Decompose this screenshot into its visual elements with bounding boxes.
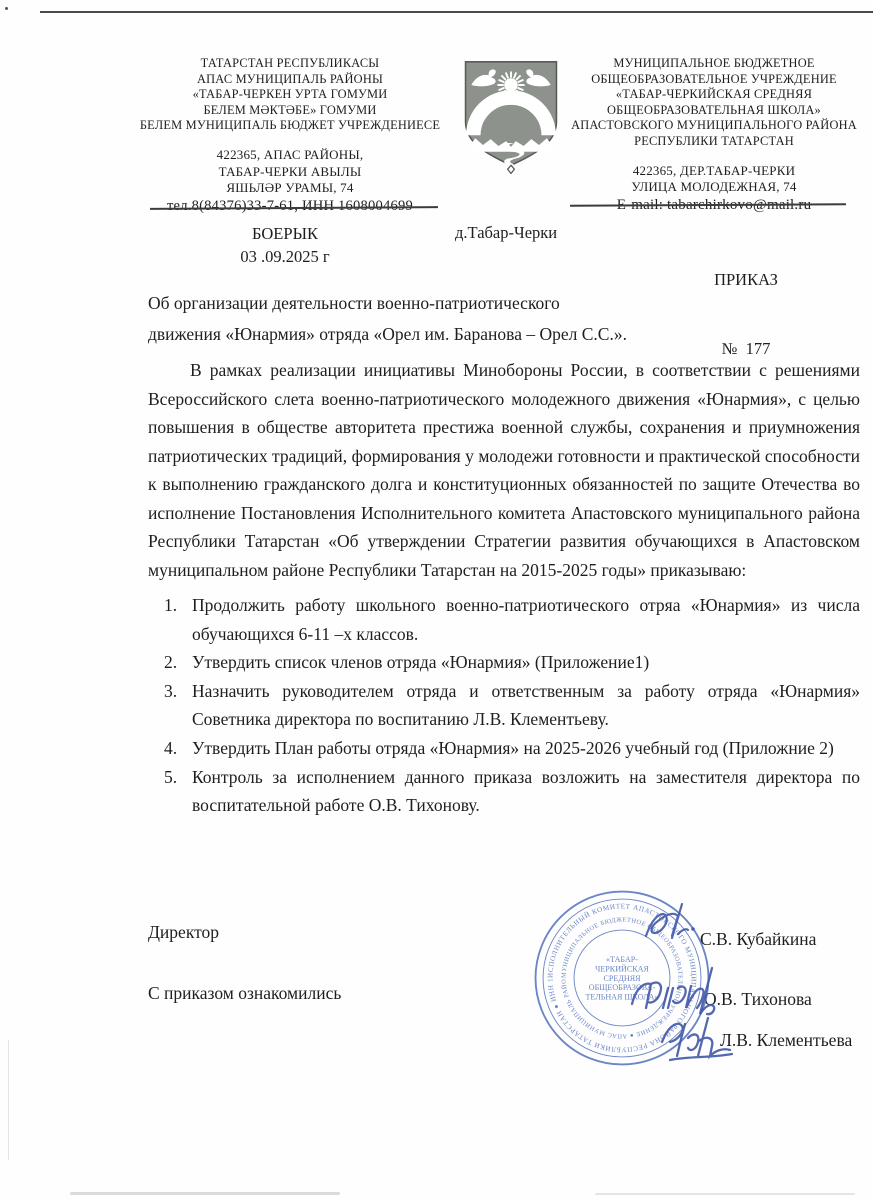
order-item: Назначить руководителем отряда и ответст…: [148, 677, 860, 734]
signature-kubaykina: [638, 900, 728, 950]
org-name-line: МУНИЦИПАЛЬНОЕ БЮДЖЕТНОЕ: [566, 56, 862, 72]
org-name-line: АПАСТОВСКОГО МУНИЦИПАЛЬНОГО РАЙОНА: [566, 118, 862, 134]
subject-line: Об организации деятельности военно-патри…: [148, 288, 768, 319]
order-item: Утвердить План работы отряда «Юнармия» н…: [148, 734, 860, 763]
org-name-line: ТАТАРСТАН РЕСПУБЛИКАСЫ: [138, 56, 442, 72]
header-russian-block: МУНИЦИПАЛЬНОЕ БЮДЖЕТНОЕ ОБЩЕОБРАЗОВАТЕЛЬ…: [566, 56, 862, 215]
acknowledged-label: С приказом ознакомились: [148, 983, 341, 1004]
org-name-line: АПАС МУНИЦИПАЛЬ РАЙОНЫ: [138, 72, 442, 88]
org-name-line: БЕЛЕМ МӘКТӘБЕ» ГОМУМИ: [138, 103, 442, 119]
subject-line: движения «Юнармия» отряда «Орел им. Бара…: [148, 319, 768, 350]
org-name-line: БЕЛЕМ МУНИЦИПАЛЬ БЮДЖЕТ УЧРЕЖДЕНИЕСЕ: [138, 118, 442, 134]
header-tatar-block: ТАТАРСТАН РЕСПУБЛИКАСЫ АПАС МУНИЦИПАЛЬ Р…: [138, 56, 442, 216]
signature-klementyeva: [652, 1012, 742, 1067]
address-line: 422365, АПАС РАЙОНЫ,: [138, 147, 442, 164]
coat-of-arms-emblem: [459, 56, 563, 174]
scan-artifact-dot: [5, 7, 8, 10]
address-line: ЯШЬЛӘР УРАМЫ, 74: [138, 180, 442, 197]
document-page: ТАТАРСТАН РЕСПУБЛИКАСЫ АПАС МУНИЦИПАЛЬ Р…: [0, 0, 873, 1200]
org-name-line: «ТАБАР-ЧЕРКЕН УРТА ГОМУМИ: [138, 87, 442, 103]
order-word-tatar: БОЕРЫК: [200, 222, 370, 245]
order-place: д.Табар-Черки: [455, 223, 557, 243]
order-date: 03 .09.2025 г: [200, 245, 370, 268]
director-label: Директор: [148, 922, 219, 943]
order-subject: Об организации деятельности военно-патри…: [148, 288, 768, 350]
order-title-tatar: БОЕРЫК 03 .09.2025 г: [200, 222, 370, 268]
scan-artifact-left-line: [8, 1040, 9, 1160]
address-line: ТАБАР-ЧЕРКИ АВЫЛЫ: [138, 164, 442, 181]
shield-tip-ornament: [508, 165, 515, 173]
order-item: Продолжить работу школьного военно-патри…: [148, 591, 860, 648]
scan-artifact-top-line: [40, 11, 873, 13]
scan-artifact-bottom-smudge: [70, 1192, 340, 1195]
scan-artifact-bottom-smudge: [595, 1193, 855, 1195]
order-items-list: Продолжить работу школьного военно-патри…: [148, 591, 860, 820]
org-name-line: ОБЩЕОБРАЗОВАТЕЛЬНАЯ ШКОЛА»: [566, 103, 862, 119]
org-name-line: «ТАБАР-ЧЕРКИЙСКАЯ СРЕДНЯЯ: [566, 87, 862, 103]
address-line: УЛИЦА МОЛОДЕЖНАЯ, 74: [566, 179, 862, 196]
order-preamble-paragraph: В рамках реализации инициативы Миноборон…: [148, 356, 860, 584]
org-name-line: РЕСПУБЛИКИ ТАТАРСТАН: [566, 134, 862, 150]
order-item: Контроль за исполнением данного приказа …: [148, 763, 860, 820]
address-line: 422365, ДЕР.ТАБАР-ЧЕРКИ: [566, 163, 862, 180]
org-name-line: ОБЩЕОБРАЗОВАТЕЛЬНОЕ УЧРЕЖДЕНИЕ: [566, 72, 862, 88]
sun-icon: [504, 78, 518, 92]
order-item: Утвердить список членов отряда «Юнармия»…: [148, 648, 860, 677]
